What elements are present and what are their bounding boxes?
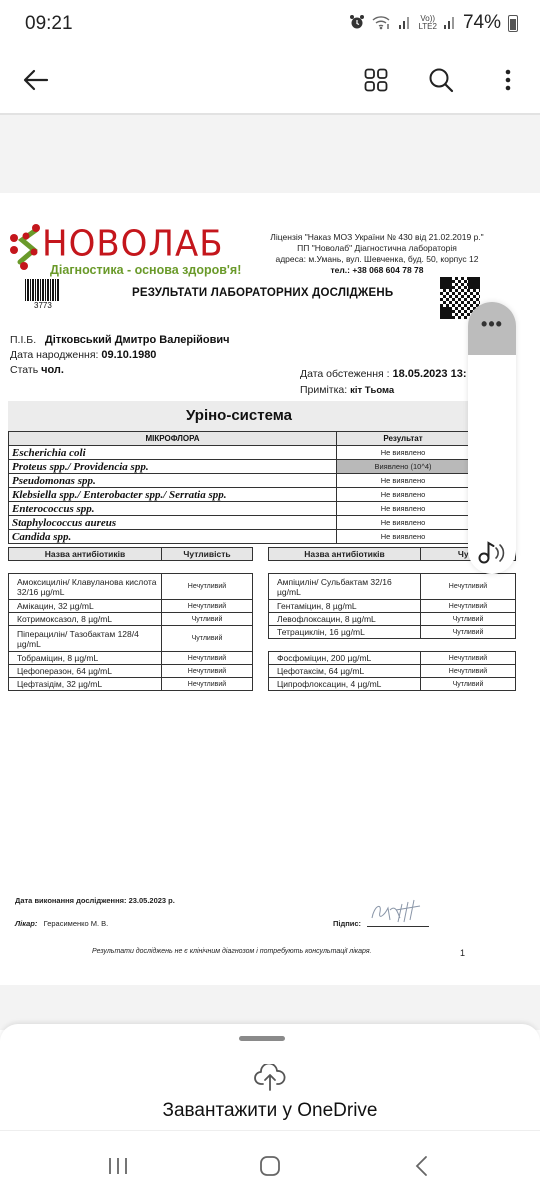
- antibiotic-name: Котримоксазол, 8 µg/mL: [9, 613, 162, 626]
- signature-image: [368, 898, 428, 926]
- organism-name: Pseudomonas spp.: [9, 474, 337, 488]
- home-button[interactable]: [250, 1151, 290, 1181]
- lab-license-block: Ліцензія "Наказ МОЗ України № 430 від 21…: [262, 232, 492, 276]
- antibiotic-sensitivity: Нечутливий: [421, 600, 516, 613]
- antibiotic-sensitivity: Нечутливий: [162, 652, 253, 665]
- exam-date-value: 18.05.2023 13:: [392, 368, 466, 380]
- status-bar: 09:21 Vo)) LTE2 74%: [0, 0, 540, 50]
- organism-name: Escherichia coli: [9, 446, 337, 460]
- antibiotic-name: Фосфоміцин, 200 µg/mL: [269, 652, 421, 665]
- antibiotic-name: Цефоперазон, 64 µg/mL: [9, 665, 162, 678]
- antibiotic-name: Піперацилін/ Тазобактам 128/4 µg/mL: [9, 626, 162, 652]
- spacer-row: [269, 639, 516, 652]
- note-row: Примітка: кіт Тьома: [300, 384, 394, 396]
- organism-name: Candida spp.: [9, 530, 337, 544]
- lte2-label: LTE2: [418, 23, 437, 31]
- antibiotic-sensitivity: Чутливий: [162, 613, 253, 626]
- barcode-number: 3773: [34, 301, 52, 310]
- antibiotic-row: Тобраміцин, 8 µg/mL Нечутливий: [9, 652, 253, 665]
- organism-name: Staphylococcus aureus: [9, 516, 337, 530]
- sex-value: чол.: [41, 364, 64, 376]
- dob-row: Дата народження: 09.10.1980: [10, 349, 156, 361]
- page-gap-top: [0, 113, 540, 193]
- antibiotic-row: Цефтазідім, 32 µg/mL Нечутливий: [9, 678, 253, 691]
- antibiotic-row: Ампіцилін/ Сульбактам 32/16 µg/mL Нечутл…: [269, 574, 516, 600]
- barcode: [25, 279, 60, 301]
- microflora-row: Klebsiella spp./ Enterobacter spp./ Serr…: [9, 488, 470, 502]
- antibiotic-name: Амоксицилін/ Клавуланова кислота 32/16 µ…: [9, 574, 162, 600]
- bottom-sheet: Завантажити у OneDrive: [0, 1024, 540, 1130]
- search-button[interactable]: [421, 60, 461, 100]
- signature-line: [367, 926, 429, 927]
- patient-name: Дітковський Дмитро Валерійович: [45, 334, 230, 346]
- antibiotic-sensitivity: Нечутливий: [421, 574, 516, 600]
- antibiotic-sensitivity: Нечутливий: [162, 665, 253, 678]
- upload-onedrive-button[interactable]: Завантажити у OneDrive: [0, 1100, 540, 1122]
- ab-sens-header: Чутливість: [162, 548, 253, 561]
- antibiotic-name: Тобраміцин, 8 µg/mL: [9, 652, 162, 665]
- antibiotic-row: Амікацин, 32 µg/mL Нечутливий: [9, 600, 253, 613]
- completion-label: Дата виконання дослідження:: [15, 896, 126, 905]
- arrow-left-icon: [23, 69, 49, 91]
- organism-result: Не виявлено: [337, 474, 470, 488]
- organism-name: Enterococcus spp.: [9, 502, 337, 516]
- organism-result: Виявлено (10^4): [337, 460, 470, 474]
- exam-date-row: Дата обстеження : 18.05.2023 13:: [300, 368, 467, 380]
- battery-percent: 74%: [463, 12, 501, 34]
- antibiotic-name: Ампіцилін/ Сульбактам 32/16 µg/mL: [269, 574, 421, 600]
- battery-icon: [508, 15, 518, 32]
- sound-assistant-button[interactable]: [474, 534, 510, 570]
- microflora-row: Pseudomonas spp. Не виявлено: [9, 474, 470, 488]
- doctor-label: Лікар:: [15, 919, 37, 928]
- organism-name: Proteus spp./ Providencia spp.: [9, 460, 337, 474]
- antibiotic-sensitivity: Чутливий: [421, 613, 516, 626]
- system-nav-bar: [0, 1130, 540, 1200]
- more-options-button[interactable]: [488, 60, 528, 100]
- microflora-header: МІКРОФЛОРА: [9, 432, 337, 446]
- antibiotic-row: Фосфоміцин, 200 µg/mL Нечутливий: [269, 652, 516, 665]
- signal-icon: [399, 15, 411, 32]
- antibiotic-row: Цефотаксім, 64 µg/mL Нечутливий: [269, 665, 516, 678]
- antibiotic-row: Ципрофлоксацин, 4 µg/mL Чутливий: [269, 678, 516, 691]
- antibiotic-row: Піперацилін/ Тазобактам 128/4 µg/mL Чутл…: [9, 626, 253, 652]
- antibiotic-name: Тетрациклін, 16 µg/mL: [269, 626, 421, 639]
- microflora-row: Candida spp. Не виявлено: [9, 530, 470, 544]
- completion-date: 23.05.2023 р.: [129, 896, 175, 905]
- back-icon: [414, 1155, 430, 1177]
- antibiotic-row: Тетрациклін, 16 µg/mL Чутливий: [269, 626, 516, 639]
- home-icon: [259, 1155, 281, 1177]
- antibiotic-name: Ципрофлоксацин, 4 µg/mL: [269, 678, 421, 691]
- organism-name: Klebsiella spp./ Enterobacter spp./ Serr…: [9, 488, 337, 502]
- ab-name-header-right: Назва антибіотиків: [269, 548, 421, 561]
- exam-date-label: Дата обстеження :: [300, 368, 390, 380]
- antibiotic-name: Цефтазідім, 32 µg/mL: [9, 678, 162, 691]
- antibiotic-name: Цефотаксім, 64 µg/mL: [269, 665, 421, 678]
- microflora-row: Escherichia coli Не виявлено: [9, 446, 470, 460]
- antibiotic-sensitivity: Чутливий: [421, 626, 516, 639]
- logo-molecule-icon: [8, 222, 44, 272]
- address-line: адреса: м.Умань, вул. Шевченка, буд. 50,…: [262, 254, 492, 265]
- antibiotic-sensitivity: Нечутливий: [162, 574, 253, 600]
- microflora-row: Enterococcus spp. Не виявлено: [9, 502, 470, 516]
- phone-line: тел.: +38 068 604 78 78: [331, 265, 424, 275]
- note-value: кіт Тьома: [350, 385, 394, 396]
- antibiotic-row: Гентаміцин, 8 µg/mL Нечутливий: [269, 600, 516, 613]
- antibiotic-sensitivity: Чутливий: [421, 678, 516, 691]
- patient-name-row: П.І.Б. Дітковський Дмитро Валерійович: [10, 334, 230, 346]
- signal-2-icon: [444, 15, 456, 32]
- antibiotic-sensitivity: Нечутливий: [421, 652, 516, 665]
- antibiotic-sensitivity: Нечутливий: [421, 665, 516, 678]
- more-vertical-icon: [505, 69, 511, 91]
- antibiotic-name: Амікацин, 32 µg/mL: [9, 600, 162, 613]
- dob-value: 09.10.1980: [101, 349, 156, 361]
- sex-label: Стать: [10, 364, 38, 376]
- microflora-row: Staphylococcus aureus Не виявлено: [9, 516, 470, 530]
- organism-result: Не виявлено: [337, 530, 470, 544]
- result-header: Результат: [337, 432, 470, 446]
- antibiotic-row: Левофлоксацин, 8 µg/mL Чутливий: [269, 613, 516, 626]
- antibiotic-row: Котримоксазол, 8 µg/mL Чутливий: [9, 613, 253, 626]
- antibiotic-sensitivity: Чутливий: [162, 626, 253, 652]
- signature-label: Підпис:: [333, 919, 361, 928]
- document-title: РЕЗУЛЬТАТИ ЛАБОРАТОРНИХ ДОСЛІДЖЕНЬ: [132, 287, 393, 299]
- completion-row: Дата виконання дослідження: 23.05.2023 р…: [15, 896, 175, 905]
- recents-button[interactable]: [98, 1151, 138, 1181]
- wifi-icon: [372, 14, 392, 33]
- antibiotic-row: Амоксицилін/ Клавуланова кислота 32/16 µ…: [9, 574, 253, 600]
- page-number: 1: [460, 948, 465, 958]
- antibiotic-row: Цефоперазон, 64 µg/mL Нечутливий: [9, 665, 253, 678]
- organism-result: Не виявлено: [337, 502, 470, 516]
- sheet-drag-handle[interactable]: [239, 1036, 285, 1041]
- antibiotic-sensitivity: Нечутливий: [162, 678, 253, 691]
- section-title: Уріно-система: [8, 401, 470, 431]
- alarm-icon: [349, 14, 365, 33]
- more-horizontal-icon: •••: [481, 314, 503, 335]
- cloud-upload-icon[interactable]: [253, 1064, 287, 1092]
- doctor-name: Герасименко М. В.: [44, 919, 109, 928]
- status-time: 09:21: [25, 13, 73, 35]
- antibiotic-name: Левофлоксацин, 8 µg/mL: [269, 613, 421, 626]
- organism-result: Не виявлено: [337, 446, 470, 460]
- search-icon: [428, 67, 454, 93]
- floating-side-panel[interactable]: •••: [468, 302, 516, 574]
- license-line: Ліцензія "Наказ МОЗ України № 430 від 21…: [262, 232, 492, 243]
- microflora-row: Proteus spp./ Providencia spp. Виявлено …: [9, 460, 470, 474]
- grid-view-icon: [364, 68, 388, 92]
- antibiotic-name: Гентаміцин, 8 µg/mL: [269, 600, 421, 613]
- side-panel-more-button[interactable]: •••: [468, 302, 516, 355]
- logo-tagline: Діагностика - основа здоров'я!: [50, 263, 241, 277]
- lab-name-line: ПП "Новолаб" Діагностична лабораторія: [262, 243, 492, 254]
- note-label: Примітка:: [300, 384, 347, 396]
- volte-lte2-indicator: Vo)) LTE2: [418, 15, 437, 31]
- doctor-row: Лікар: Герасименко М. В.: [15, 919, 108, 928]
- sex-row: Стать чол.: [10, 364, 64, 376]
- logo-wordmark: НОВОЛАБ: [42, 223, 224, 265]
- antibiotic-sensitivity: Нечутливий: [162, 600, 253, 613]
- dob-label: Дата народження:: [10, 349, 98, 361]
- name-label: П.І.Б.: [10, 334, 36, 346]
- recents-icon: [106, 1156, 130, 1176]
- organism-result: Не виявлено: [337, 488, 470, 502]
- music-sound-icon: [477, 539, 507, 565]
- back-button[interactable]: [16, 60, 56, 100]
- spacer-row: [9, 561, 253, 574]
- organism-result: Не виявлено: [337, 516, 470, 530]
- ab-name-header: Назва антибіотиків: [9, 548, 162, 561]
- app-toolbar: [0, 50, 540, 110]
- antibiotics-table-left: Назва антибіотиків Чутливість Амоксицилі…: [8, 547, 253, 691]
- microflora-table: МІКРОФЛОРА Результат Escherichia coli Не…: [8, 431, 470, 544]
- nav-back-button[interactable]: [402, 1151, 442, 1181]
- disclaimer: Результати досліджень не є клінічним діа…: [92, 948, 372, 955]
- grid-view-button[interactable]: [356, 60, 396, 100]
